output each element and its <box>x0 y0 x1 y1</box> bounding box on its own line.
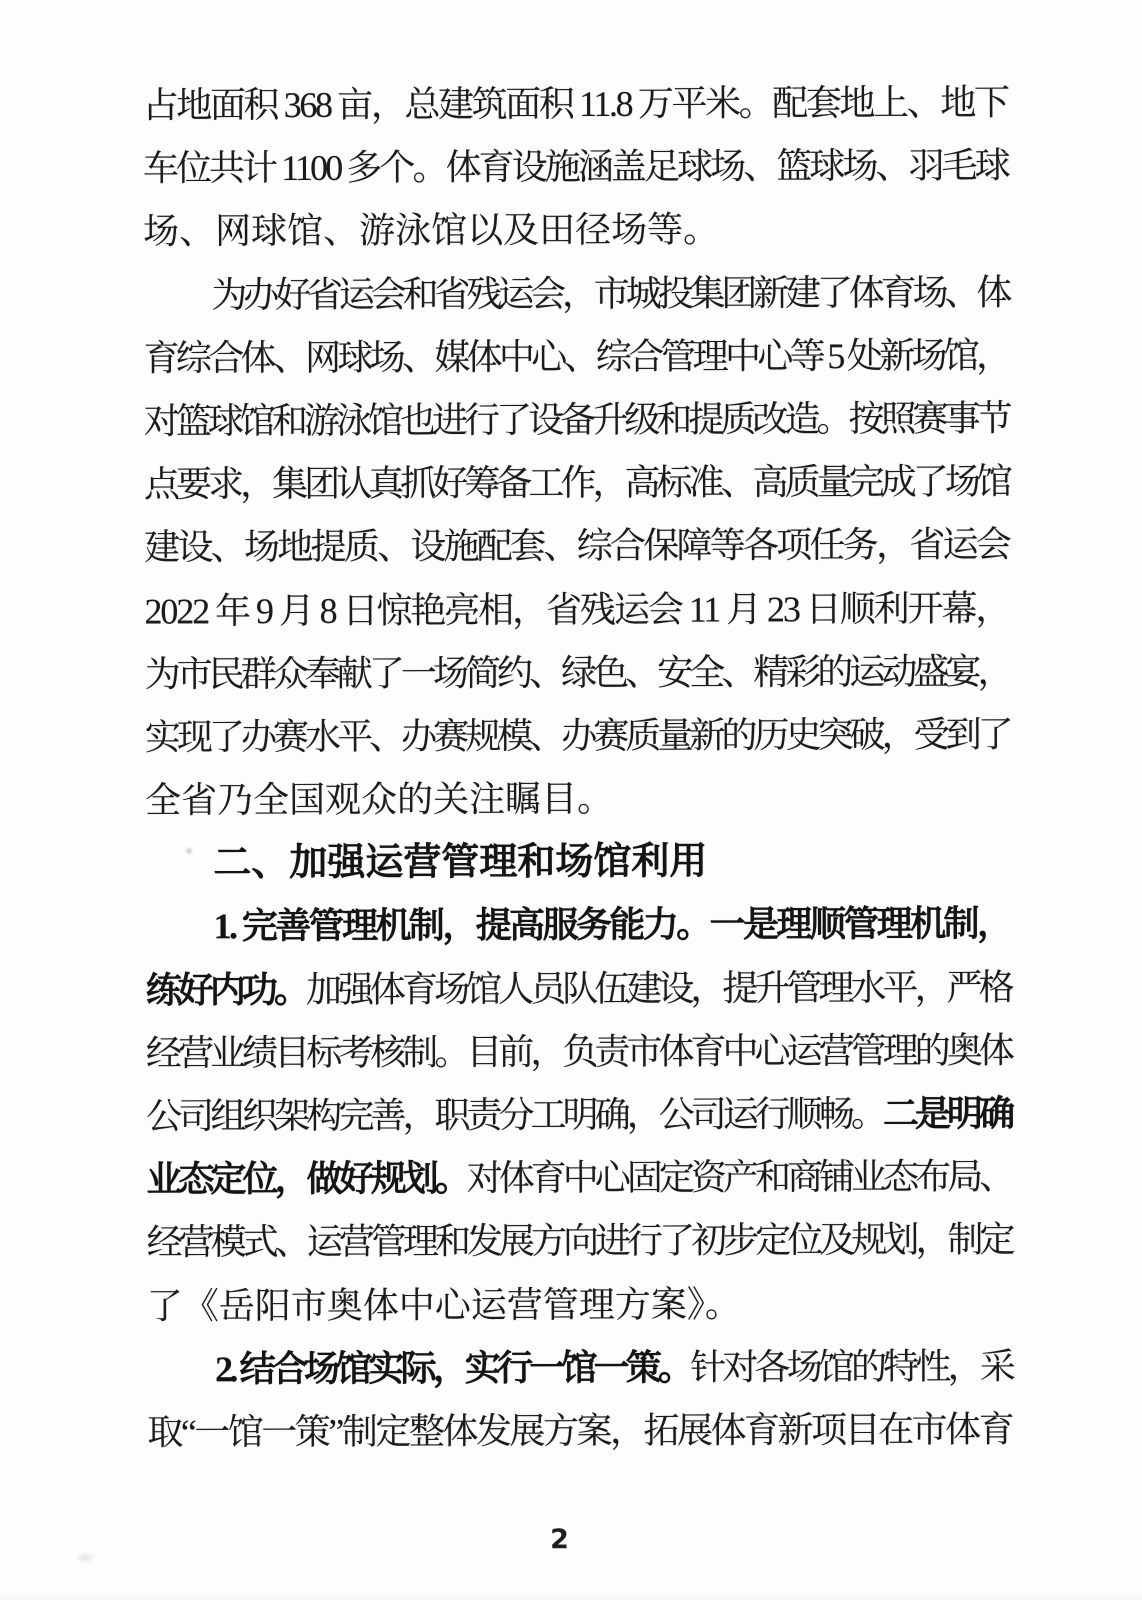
text-line: 占地面积 368 亩，总建筑面积 11.8 万平米。配套地上、地下 <box>143 71 1008 137</box>
text-segment: 点要求，集团认真抓好筹备工作，高标准、高质量完成了场馆 <box>144 462 1009 505</box>
text-line: 1. 完善管理机制，提高服务能力。一是理顺管理机制， <box>145 893 1010 959</box>
text-segment: 育综合体、网球场、媒体中心、综合管理中心等 5 处新场馆， <box>143 335 1008 378</box>
text-segment: 全省乃全国观众的关注瞩目。 <box>145 779 613 821</box>
text-line: 2. 结合场馆实际，实行一馆一策。针对各场馆的特性，采 <box>147 1335 1012 1401</box>
text-line: 二、加强运营管理和场馆利用 <box>145 830 1010 896</box>
text-line: 为市民群众奉献了一场简约、绿色、安全、精彩的运动盛宴， <box>145 640 1010 706</box>
text-line: 2022 年 9 月 8 日惊艳亮相，省残运会 11 月 23 日顺利开幕， <box>144 577 1009 643</box>
bold-text-segment: 1. 完善管理机制，提高服务能力。一是理顺管理机制， <box>213 904 1010 947</box>
text-line: 经营模式、运营管理和发展方向进行了初步定位及规划，制定 <box>147 1209 1012 1275</box>
text-segment: 经营业绩目标考核制。目前，负责市体育中心运营管理的奥体 <box>146 1030 1011 1073</box>
scan-speck <box>78 1554 92 1561</box>
text-line: 点要求，集团认真抓好筹备工作，高标准、高质量完成了场馆 <box>144 451 1009 517</box>
text-line-content: 车位共计 1100 多个。体育设施涵盖足球场、篮球场、羽毛球 <box>143 146 1008 189</box>
text-line-content: 取“一馆一策”制定整体发展方案，拓展体育新项目在市体育 <box>147 1409 1012 1452</box>
text-line: 育综合体、网球场、媒体中心、综合管理中心等 5 处新场馆， <box>143 324 1008 390</box>
text-segment: 2022 年 9 月 8 日惊艳亮相，省残运会 11 月 23 日顺利开幕， <box>144 588 1009 631</box>
text-line: 对篮球馆和游泳馆也进行了设备升级和提质改造。按照赛事节 <box>144 387 1009 453</box>
text-line: 练好内功。加强体育场馆人员队伍建设，提升管理水平，严格 <box>146 956 1011 1022</box>
text-line-content: 点要求，集团认真抓好筹备工作，高标准、高质量完成了场馆 <box>144 462 1009 505</box>
text-segment: 占地面积 368 亩，总建筑面积 11.8 万平米。配套地上、地下 <box>143 82 1008 125</box>
bold-text-segment: 二、加强运营管理和场馆利用 <box>213 841 707 885</box>
text-line: 实现了办赛水平、办赛规模、办赛质量新的历史突破，受到了 <box>145 703 1010 769</box>
text-line: 为办好省运会和省残运会，市城投集团新建了体育场、体 <box>143 261 1008 327</box>
text-segment: 车位共计 1100 多个。体育设施涵盖足球场、篮球场、羽毛球 <box>143 146 1008 189</box>
text-line-content: 对篮球馆和游泳馆也进行了设备升级和提质改造。按照赛事节 <box>144 398 1009 441</box>
text-line-content: 经营模式、运营管理和发展方向进行了初步定位及规划，制定 <box>147 1220 1012 1263</box>
text-segment: 场、网球馆、游泳馆以及田径场等。 <box>143 210 719 252</box>
bold-text-segment: 2. 结合场馆实际，实行一馆一策。 <box>215 1347 690 1389</box>
text-line: 经营业绩目标考核制。目前，负责市体育中心运营管理的奥体 <box>146 1019 1011 1085</box>
bold-text-segment: 练好内功。 <box>146 970 306 1011</box>
text-line: 车位共计 1100 多个。体育设施涵盖足球场、篮球场、羽毛球 <box>143 135 1008 201</box>
text-line-content: 建设、场地提质、设施配套、综合保障等各项任务，省运会 <box>144 525 1009 568</box>
bold-text-segment: 二是明确 <box>883 1093 1011 1133</box>
text-line-content: 2022 年 9 月 8 日惊艳亮相，省残运会 11 月 23 日顺利开幕， <box>144 588 1009 631</box>
text-line: 全省乃全国观众的关注瞩目。 <box>145 767 1010 833</box>
text-line-content: 二、加强运营管理和场馆利用 <box>213 841 707 885</box>
text-segment: 公司组织架构完善，职责分工明确，公司运行顺畅。 <box>146 1094 883 1137</box>
text-line-content: 2. 结合场馆实际，实行一馆一策。针对各场馆的特性，采 <box>215 1346 1012 1389</box>
text-segment: 建设、场地提质、设施配套、综合保障等各项任务，省运会 <box>144 525 1009 568</box>
document-page: 占地面积 368 亩，总建筑面积 11.8 万平米。配套地上、地下车位共计 11… <box>0 0 1142 1600</box>
text-line-content: 公司组织架构完善，职责分工明确，公司运行顺畅。二是明确 <box>146 1093 1011 1136</box>
text-line-content: 练好内功。加强体育场馆人员队伍建设，提升管理水平，严格 <box>146 967 1011 1010</box>
text-segment: 对篮球馆和游泳馆也进行了设备升级和提质改造。按照赛事节 <box>144 398 1009 441</box>
text-line-content: 全省乃全国观众的关注瞩目。 <box>145 779 613 821</box>
text-segment: 对体育中心固定资产和商铺业态布局、 <box>467 1157 1012 1199</box>
text-line: 取“一馆一策”制定整体发展方案，拓展体育新项目在市体育 <box>147 1398 1012 1464</box>
text-line-content: 了《岳阳市奥体中心运营管理方案》。 <box>147 1284 741 1326</box>
text-segment: 加强体育场馆人员队伍建设，提升管理水平，严格 <box>306 967 1011 1009</box>
text-line: 了《岳阳市奥体中心运营管理方案》。 <box>147 1272 1012 1338</box>
text-line: 业态定位，做好规划。对体育中心固定资产和商铺业态布局、 <box>146 1146 1011 1212</box>
text-segment: 实现了办赛水平、办赛规模、办赛质量新的历史突破，受到了 <box>145 714 1010 757</box>
text-segment: 了《岳阳市奥体中心运营管理方案》。 <box>147 1284 741 1326</box>
text-line-content: 1. 完善管理机制，提高服务能力。一是理顺管理机制， <box>213 904 1010 947</box>
text-line: 建设、场地提质、设施配套、综合保障等各项任务，省运会 <box>144 514 1009 580</box>
text-line-content: 占地面积 368 亩，总建筑面积 11.8 万平米。配套地上、地下 <box>143 82 1008 125</box>
text-segment: 针对各场馆的特性，采 <box>690 1346 1012 1387</box>
text-line-content: 经营业绩目标考核制。目前，负责市体育中心运营管理的奥体 <box>146 1030 1011 1073</box>
text-line-content: 育综合体、网球场、媒体中心、综合管理中心等 5 处新场馆， <box>143 335 1008 378</box>
text-line-content: 业态定位，做好规划。对体育中心固定资产和商铺业态布局、 <box>146 1157 1011 1200</box>
bold-text-segment: 业态定位，做好规划。 <box>146 1159 466 1200</box>
text-segment: 为市民群众奉献了一场简约、绿色、安全、精彩的运动盛宴， <box>145 651 1010 694</box>
text-line-content: 实现了办赛水平、办赛规模、办赛质量新的历史突破，受到了 <box>145 714 1010 757</box>
text-segment: 为办好省运会和省残运会，市城投集团新建了体育场、体 <box>211 272 1008 315</box>
page-number: 2 <box>127 1524 992 1555</box>
text-segment: 经营模式、运营管理和发展方向进行了初步定位及规划，制定 <box>147 1220 1012 1263</box>
text-line-content: 场、网球馆、游泳馆以及田径场等。 <box>143 210 719 252</box>
text-line-content: 为办好省运会和省残运会，市城投集团新建了体育场、体 <box>211 272 1008 315</box>
text-line: 公司组织架构完善，职责分工明确，公司运行顺畅。二是明确 <box>146 1082 1011 1148</box>
text-line-content: 为市民群众奉献了一场简约、绿色、安全、精彩的运动盛宴， <box>145 651 1010 694</box>
text-segment: 取“一馆一策”制定整体发展方案，拓展体育新项目在市体育 <box>147 1409 1012 1452</box>
text-line: 场、网球馆、游泳馆以及田径场等。 <box>143 198 1008 264</box>
document-body: 占地面积 368 亩，总建筑面积 11.8 万平米。配套地上、地下车位共计 11… <box>143 71 1013 1464</box>
